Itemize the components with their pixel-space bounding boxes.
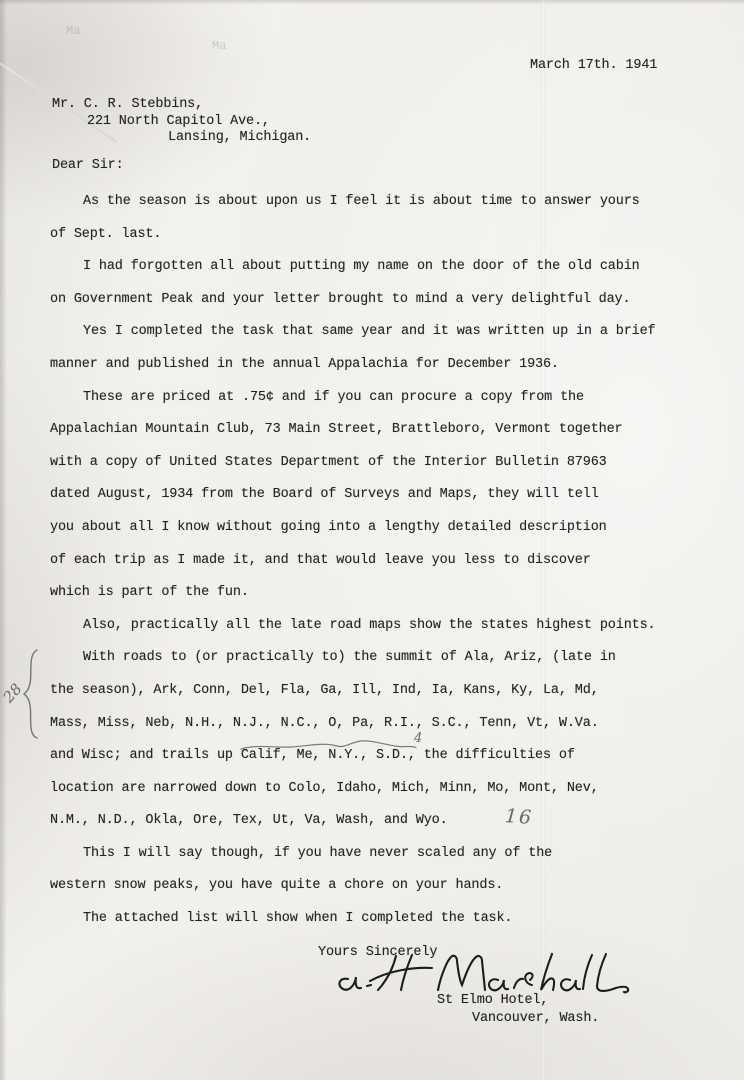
- body-line: manner and published in the annual Appal…: [50, 349, 730, 382]
- body-text: , the difficulties of: [408, 748, 575, 763]
- salutation: Dear Sir:: [52, 158, 124, 173]
- body-line: on Government Peak and your letter broug…: [50, 284, 730, 317]
- body-line: Appalachian Mountain Club, 73 Main Stree…: [50, 414, 730, 447]
- body-line: location are narrowed down to Colo, Idah…: [50, 773, 730, 806]
- recipient-name: Mr. C. R. Stebbins,: [52, 97, 203, 112]
- ghost-ink-mark: Ma: [212, 39, 226, 53]
- pencil-number-4: 4: [414, 731, 422, 746]
- body-line: dated August, 1934 from the Board of Sur…: [50, 479, 730, 512]
- body-line: These are priced at .75¢ and if you can …: [50, 382, 730, 415]
- sender-hotel: St Elmo Hotel,: [437, 993, 548, 1008]
- recipient-street: 221 North Capitol Ave.,: [87, 114, 270, 129]
- body-line: western snow peaks, you have quite a cho…: [50, 870, 730, 903]
- body-line: This I will say though, if you have neve…: [50, 838, 730, 871]
- body-line: which is part of the fun.: [50, 577, 730, 610]
- body-line: Mass, Miss, Neb, N.H., N.J., N.C., O, Pa…: [50, 708, 730, 741]
- letter-date: March 17th. 1941: [530, 58, 657, 73]
- ghost-ink-mark: Ma: [66, 24, 80, 38]
- pencil-brace-icon: [22, 648, 40, 740]
- body-line: with a copy of United States Department …: [50, 447, 730, 480]
- recipient-city: Lansing, Michigan.: [168, 130, 311, 145]
- pencil-number-16: 16: [504, 805, 534, 829]
- sender-city: Vancouver, Wash.: [472, 1011, 599, 1026]
- body-line: Also, practically all the late road maps…: [50, 610, 730, 643]
- letter-body: As the season is about upon us I feel it…: [50, 186, 730, 936]
- body-line: you about all I know without going into …: [50, 512, 730, 545]
- body-line: N.M., N.D., Okla, Ore, Tex, Ut, Va, Wash…: [50, 805, 730, 838]
- letter-page: Ma Ma March 17th. 1941 Mr. C. R. Stebbin…: [0, 0, 744, 1080]
- body-line: With roads to (or practically to) the su…: [50, 642, 730, 675]
- scan-edge-shadow-top: [0, 0, 744, 5]
- body-line: As the season is about upon us I feel it…: [50, 186, 730, 219]
- body-line: I had forgotten all about putting my nam…: [50, 251, 730, 284]
- body-line: Yes I completed the task that same year …: [50, 316, 730, 349]
- scan-edge-shadow-left: [0, 0, 7, 1080]
- body-text: and Wisc; and trails up: [50, 748, 241, 763]
- pencil-wavy-overline-icon: [239, 739, 419, 753]
- signature-script: [336, 948, 632, 996]
- body-line: The attached list will show when I compl…: [50, 903, 730, 936]
- body-line: of each trip as I made it, and that woul…: [50, 545, 730, 578]
- body-line: of Sept. last.: [50, 219, 730, 252]
- body-line: the season), Ark, Conn, Del, Fla, Ga, Il…: [50, 675, 730, 708]
